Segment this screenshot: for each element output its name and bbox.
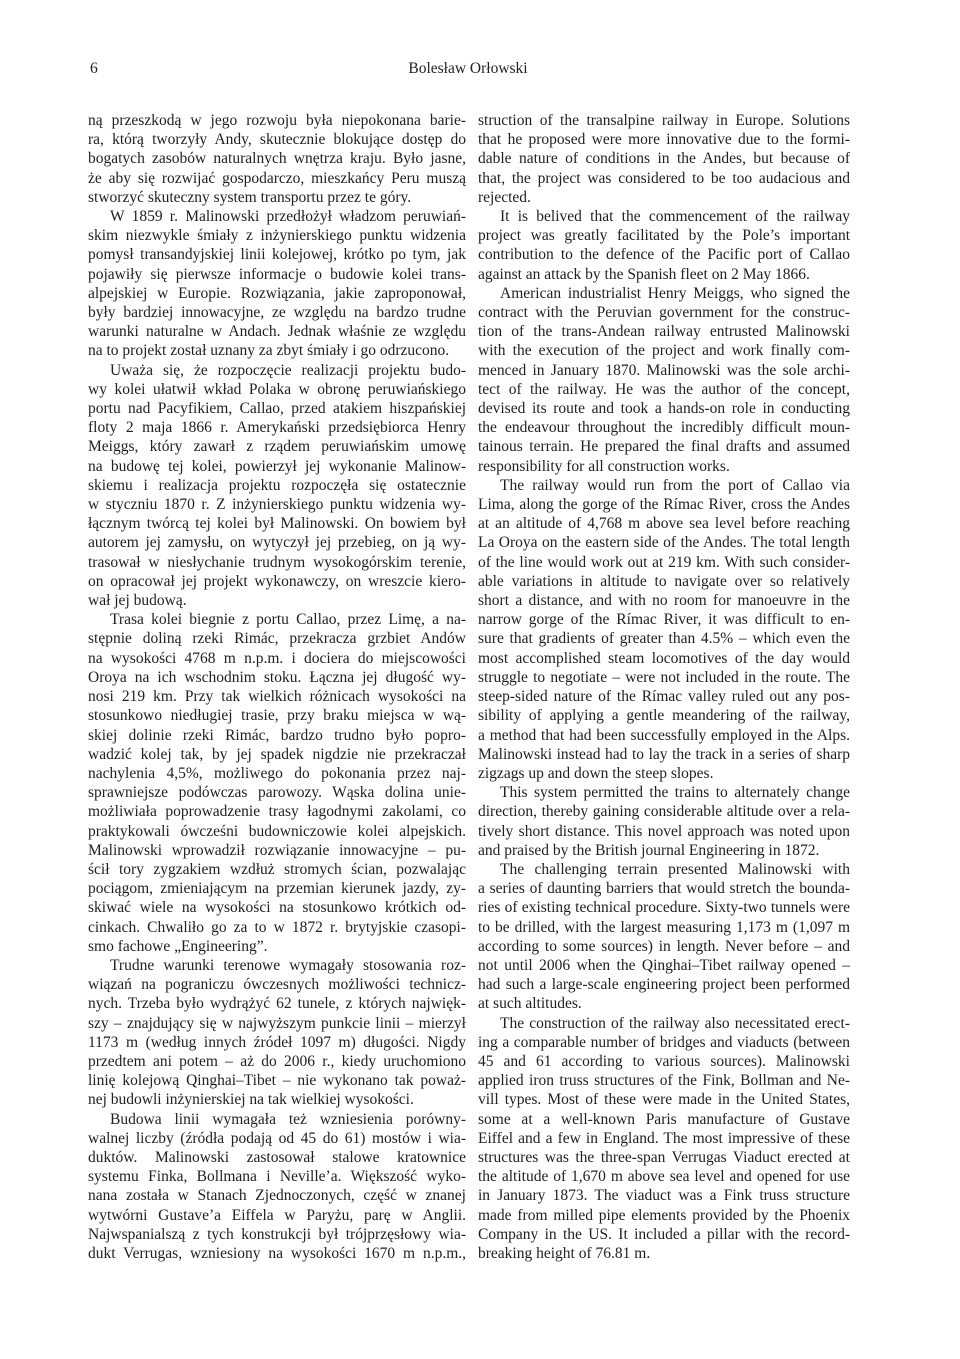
text-line: linię kolejową Qinghai–Tibet – nie wykon…: [88, 1071, 466, 1090]
text-line: nej budowli inżynierskiej na tak wielkie…: [88, 1090, 466, 1109]
text-line: wał jej budową.: [88, 591, 466, 610]
text-line: na budowę tej kolei, powierzył jej wykon…: [88, 457, 466, 476]
text-line: walnej liczby (źródła podają od 45 do 61…: [88, 1129, 466, 1148]
text-line: wadzić kolej tak, by jej spadek nigdzie …: [88, 745, 466, 764]
text-line: Malinowski wprowadził rozwiązanie innowa…: [88, 841, 466, 860]
text-line: praktykowali ówcześni budowniczowie kole…: [88, 822, 466, 841]
text-line: at such altitudes.: [478, 994, 850, 1013]
text-line: project was greatly facilitated by the P…: [478, 226, 850, 245]
page-number: 6: [90, 60, 98, 78]
text-line: floty 2 maja 1866 r. Amerykański przedsi…: [88, 418, 466, 437]
text-line: breaking height of 76.81 m.: [478, 1244, 850, 1263]
text-line: Budowa linii wymagała też wzniesienia po…: [88, 1110, 466, 1129]
running-head: Bolesław Orłowski: [88, 60, 848, 78]
paragraph: It is belived that the commencement of t…: [478, 207, 850, 284]
text-line: struction of the transalpine railway in …: [478, 111, 850, 130]
text-line: ścił tory zygzakiem wzdłuż stromych ścia…: [88, 860, 466, 879]
text-line: made from milled pipe elements provided …: [478, 1206, 850, 1225]
text-line: direction, thereby gaining considerable …: [478, 802, 850, 821]
text-line: warunki naturalne w Andach. Jednak właśn…: [88, 322, 466, 341]
text-line: It is belived that the commencement of t…: [478, 207, 850, 226]
text-line: sibility of applying a gentle meandering…: [478, 706, 850, 725]
text-line: zigzags up and down the steep slopes.: [478, 764, 850, 783]
text-line: The construction of the railway also nec…: [478, 1014, 850, 1033]
text-line: były bardziej innowacyjne, ze względu na…: [88, 303, 466, 322]
text-line: rejected.: [478, 188, 850, 207]
text-line: the altitude of 1,670 m above sea level …: [478, 1167, 850, 1186]
text-line: na wysokości 4768 m n.p.m. i dociera do …: [88, 649, 466, 668]
paragraph: The challenging terrain presented Malino…: [478, 860, 850, 1014]
text-line: of the line would work out at 219 km. Wi…: [478, 553, 850, 572]
text-line: systemu Finka, Bollmana i Neville’a. Wię…: [88, 1167, 466, 1186]
text-line: pomysł transandyjskiej linii kolejowej, …: [88, 245, 466, 264]
text-line: portu nad Pacyfikiem, Callao, przed atak…: [88, 399, 466, 418]
right-column-english-text: struction of the transalpine railway in …: [478, 111, 850, 1263]
text-line: a method that had been successfully empl…: [478, 726, 850, 745]
text-line: able variations in altitude to navigate …: [478, 572, 850, 591]
text-line: nachylenia 4,5%, możliwego do pokonania …: [88, 764, 466, 783]
text-line: tively short distance. This novel approa…: [478, 822, 850, 841]
text-line: on opracował jej projekt wykonawczy, on …: [88, 572, 466, 591]
text-line: stosunkowo niedługiej trasie, przy braku…: [88, 706, 466, 725]
paragraph: American industrialist Henry Meiggs, who…: [478, 284, 850, 476]
text-line: contribution to the defence of the Pacif…: [478, 245, 850, 264]
text-line: tion of the trans-Andean railway entrust…: [478, 322, 850, 341]
text-line: wy kolei ułatwił wkład Polaka w obronę p…: [88, 380, 466, 399]
text-line: according to some sources) in length. Ne…: [478, 937, 850, 956]
text-line: and praised by the British journal Engin…: [478, 841, 850, 860]
text-line: against an attack by the Spanish fleet o…: [478, 265, 850, 284]
text-line: skiemu i realizacja projektu rozpoczęła …: [88, 476, 466, 495]
text-line: ing a comparable number of bridges and v…: [478, 1033, 850, 1052]
text-line: Malinowski instead had to lay the track …: [478, 745, 850, 764]
text-line: przedtem ani potem – aż do 2006 r., kied…: [88, 1052, 466, 1071]
text-line: The challenging terrain presented Malino…: [478, 860, 850, 879]
text-line: struggle to negotiate – were not include…: [478, 668, 850, 687]
text-line: The railway would run from the port of C…: [478, 476, 850, 495]
paragraph: Budowa linii wymagała też wzniesienia po…: [88, 1110, 466, 1264]
text-line: Company in the US. It included a pillar …: [478, 1225, 850, 1244]
text-line: 45 and 61 according to various sources).…: [478, 1052, 850, 1071]
text-line: contract with the Peruvian government fo…: [478, 303, 850, 322]
text-line: Najwspanialszą z tych konstrukcji był tr…: [88, 1225, 466, 1244]
text-line: applied iron truss structures of the Fin…: [478, 1071, 850, 1090]
text-line: narrow gorge of the Rímac River, it was …: [478, 610, 850, 629]
text-line: ra, którą tworzyły Andy, skutecznie blok…: [88, 130, 466, 149]
text-line: at an altitude of 4,768 m above sea leve…: [478, 514, 850, 533]
text-line: sprawniejsze podówczas parowozy. Wąska d…: [88, 783, 466, 802]
text-line: nana została w Stanach Zjednoczonych, cz…: [88, 1186, 466, 1205]
text-line: to be drilled, with the largest measurin…: [478, 918, 850, 937]
text-line: some at a well-known Paris manufacture o…: [478, 1110, 850, 1129]
text-line: Trasa kolei biegnie z portu Callao, prze…: [88, 610, 466, 629]
text-line: stworzyć skuteczny system transportu prz…: [88, 188, 466, 207]
text-line: that, the project was considered to be t…: [478, 169, 850, 188]
text-line: most accomplished steam locomotives of t…: [478, 649, 850, 668]
text-line: skiwać wiele na wysokości na stosunkowo …: [88, 898, 466, 917]
text-line: ną przeszkodą w jego rozwoju była niepok…: [88, 111, 466, 130]
page-header: 6 Bolesław Orłowski: [88, 60, 848, 78]
text-line: szy – znajdujący się w najwyższym punkci…: [88, 1014, 466, 1033]
text-line: Oroya na ich wschodnim stoku. Łączna jej…: [88, 668, 466, 687]
text-line: This system permitted the trains to alte…: [478, 783, 850, 802]
text-line: tainous terrain. He prepared the final d…: [478, 437, 850, 456]
text-line: ries of existing technical procedure. Si…: [478, 898, 850, 917]
text-line: autorem jej zamysłu, on wytyczył jej prz…: [88, 533, 466, 552]
text-line: 1173 m (według innych źródeł 1097 m) dłu…: [88, 1033, 466, 1052]
text-line: skim niezwykle śmiały z inżynierskiego p…: [88, 226, 466, 245]
paragraph: The construction of the railway also nec…: [478, 1014, 850, 1264]
text-line: a series of daunting barriers that would…: [478, 879, 850, 898]
text-line: stępnie doliną rzeki Rimác, przekracza g…: [88, 629, 466, 648]
text-line: Meiggs, który zawarł z rządem peruwiańsk…: [88, 437, 466, 456]
text-line: bogatych zasobów naturalnych wnętrza kra…: [88, 149, 466, 168]
text-line: menced in January 1870. Malinowski was t…: [478, 361, 850, 380]
text-line: wytwórni Gustave’a Eiffela w Paryżu, par…: [88, 1206, 466, 1225]
text-line: tect of the railway. He was the author o…: [478, 380, 850, 399]
text-line: nosi 219 km. Przy tak wielkich różnicach…: [88, 687, 466, 706]
text-line: structures was the three-span Verrugas V…: [478, 1148, 850, 1167]
paragraph: The railway would run from the port of C…: [478, 476, 850, 783]
paragraph: struction of the transalpine railway in …: [478, 111, 850, 207]
text-line: łącznym twórcą tej kolei był Malinowski.…: [88, 514, 466, 533]
paragraph: Uważa się, że rozpoczęcie realizacji pro…: [88, 361, 466, 611]
text-line: cinkach. Chwaliło go za to w 1872 r. bry…: [88, 918, 466, 937]
text-line: wiązań na pograniczu ówczesnych możliwoś…: [88, 975, 466, 994]
text-line: had such a large-scale engineering proje…: [478, 975, 850, 994]
text-line: dukt Verrugas, wzniesiony na wysokości 1…: [88, 1244, 466, 1263]
left-column-polish-text: ną przeszkodą w jego rozwoju była niepok…: [88, 111, 466, 1263]
text-line: devised its route and took a hands-on ro…: [478, 399, 850, 418]
text-line: short a distance, and with no room for m…: [478, 591, 850, 610]
text-line: że aby się rozwijać gospodarczo, mieszka…: [88, 169, 466, 188]
text-line: w styczniu 1870 r. Z inżynierskiego punk…: [88, 495, 466, 514]
text-line: American industrialist Henry Meiggs, who…: [478, 284, 850, 303]
paragraph: This system permitted the trains to alte…: [478, 783, 850, 860]
text-line: trasował w niesłychanie trudnym wysokogó…: [88, 553, 466, 572]
paragraph: Trasa kolei biegnie z portu Callao, prze…: [88, 610, 466, 956]
text-line: alpejskiej w Europie. Rozwiązania, jakie…: [88, 284, 466, 303]
text-line: in January 1873. The viaduct was a Fink …: [478, 1186, 850, 1205]
paragraph: ną przeszkodą w jego rozwoju była niepok…: [88, 111, 466, 207]
text-line: pociągom, zmieniającym na przemian kieru…: [88, 879, 466, 898]
text-line: dable nature of conditions in the Andes,…: [478, 149, 850, 168]
text-line: Trudne warunki terenowe wymagały stosowa…: [88, 956, 466, 975]
text-line: nych. Trzeba było wydrążyć 62 tunele, z …: [88, 994, 466, 1013]
text-line: na to projekt został uznany za zbyt śmia…: [88, 341, 466, 360]
text-line: duktów. Malinowski zastosował stalowe kr…: [88, 1148, 466, 1167]
text-line: with the execution of the project and wo…: [478, 341, 850, 360]
text-line: the endeavour throughout the incredibly …: [478, 418, 850, 437]
text-line: Lima, along the gorge of the Rímac River…: [478, 495, 850, 514]
paragraph: W 1859 r. Malinowski przedłożył władzom …: [88, 207, 466, 361]
text-line: steep-sided nature of the Rímac valley r…: [478, 687, 850, 706]
text-line: sure that gradients of greater than 4.5%…: [478, 629, 850, 648]
text-line: smo fachowe „Engineering”.: [88, 937, 466, 956]
text-line: możliwiała poprowadzenie trasy łagodnymi…: [88, 802, 466, 821]
text-line: W 1859 r. Malinowski przedłożył władzom …: [88, 207, 466, 226]
text-line: pojawiły się pierwsze informacje o budow…: [88, 265, 466, 284]
document-page: 6 Bolesław Orłowski ną przeszkodą w jego…: [0, 0, 960, 1359]
text-line: Eiffel and a few in England. The most im…: [478, 1129, 850, 1148]
text-line: skiej dolinie rzeki Rimác, bardzo trudno…: [88, 726, 466, 745]
text-line: not until 2006 when the Qinghai–Tibet ra…: [478, 956, 850, 975]
text-line: La Oroya on the eastern side of the Ande…: [478, 533, 850, 552]
text-line: responsibility for all construction work…: [478, 457, 850, 476]
text-columns: ną przeszkodą w jego rozwoju była niepok…: [88, 111, 850, 1263]
paragraph: Trudne warunki terenowe wymagały stosowa…: [88, 956, 466, 1110]
text-line: that he proposed were more innovative du…: [478, 130, 850, 149]
text-line: Uważa się, że rozpoczęcie realizacji pro…: [88, 361, 466, 380]
text-line: vill types. Most of these were made in t…: [478, 1090, 850, 1109]
